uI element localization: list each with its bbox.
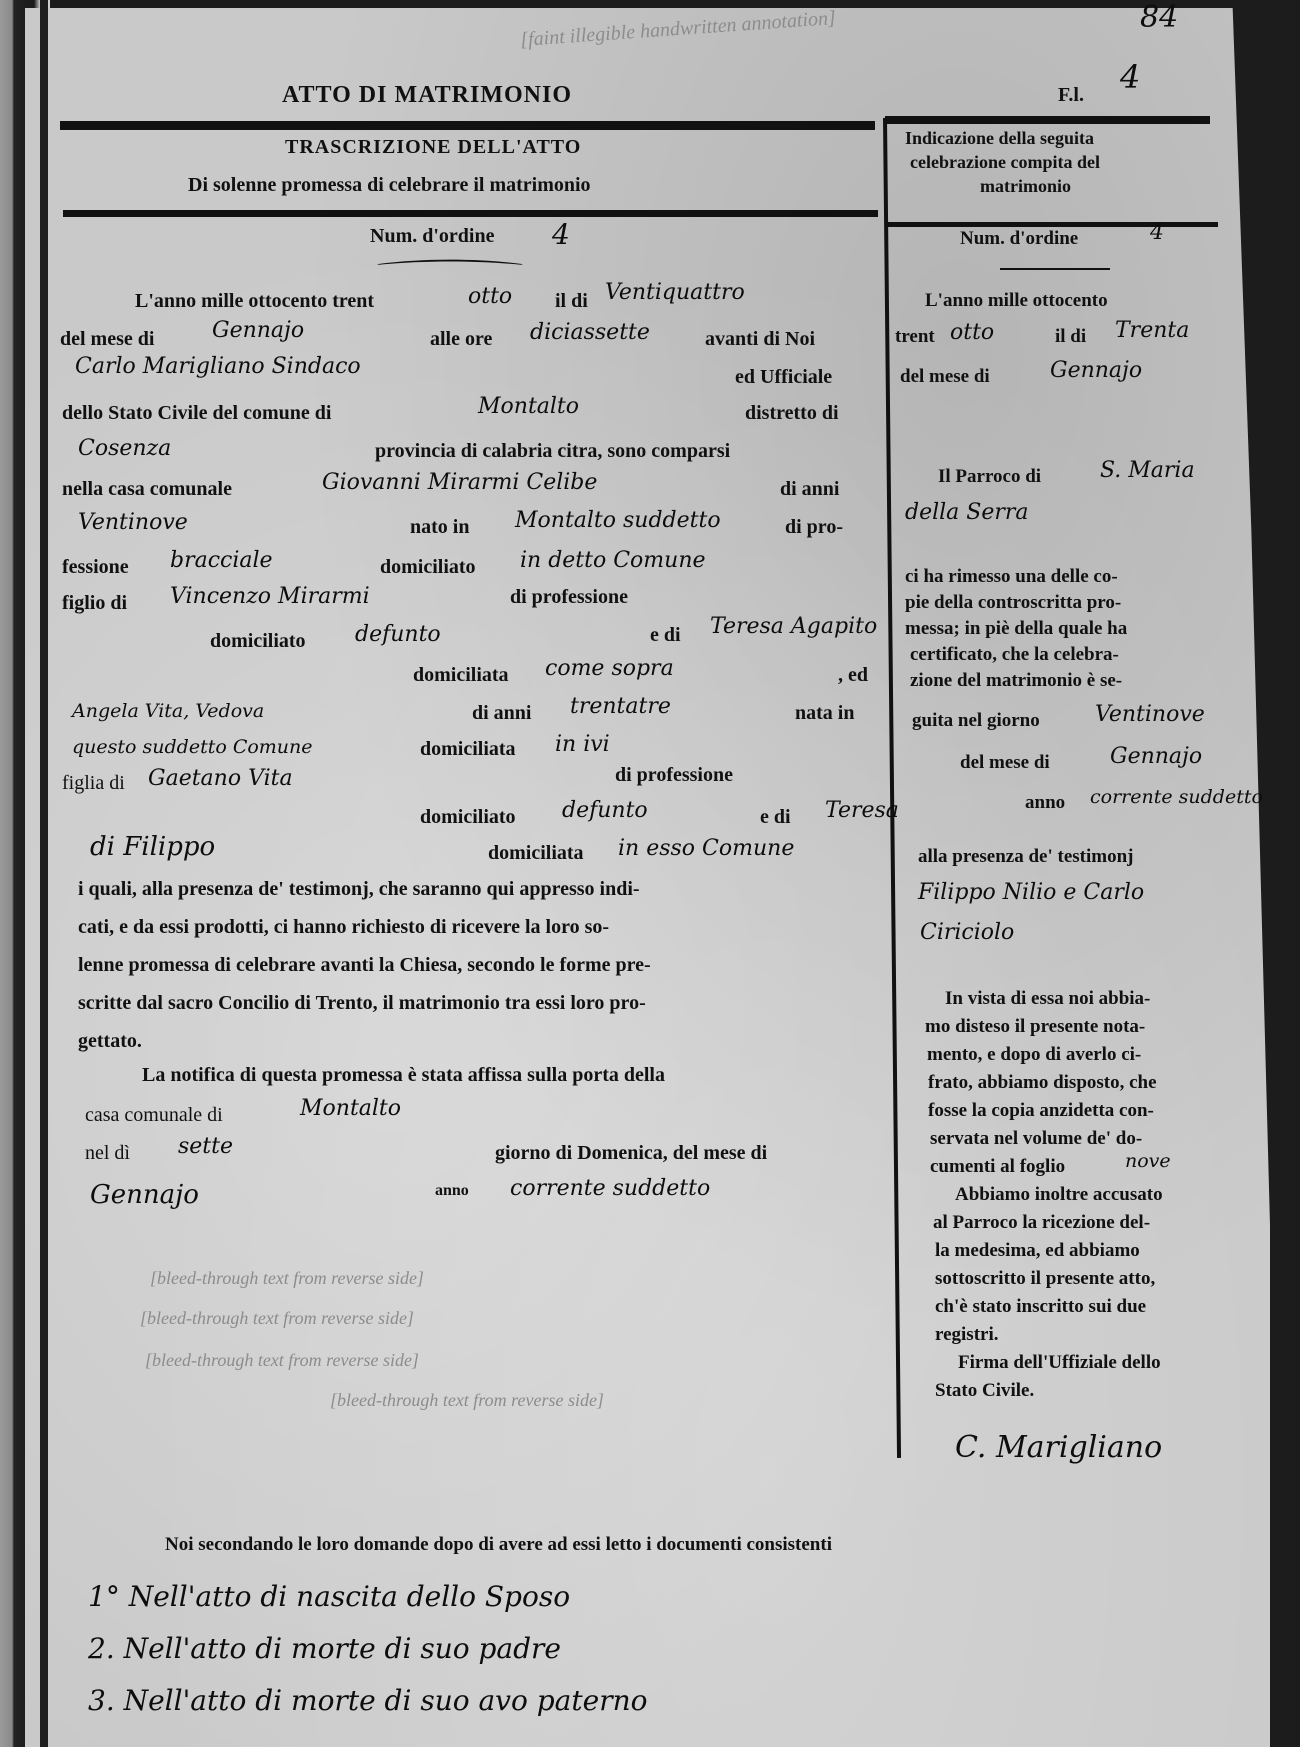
hand-entry: defunto xyxy=(355,622,441,647)
hand-entry: Gennajo xyxy=(212,318,304,343)
text-line: Abbiamo inoltre accusato xyxy=(955,1184,1163,1206)
order-label-right: Num. d'ordine xyxy=(960,228,1078,250)
hand-entry: Ventiquattro xyxy=(605,280,745,305)
text-line: lenne promessa di celebrare avanti la Ch… xyxy=(78,954,651,977)
hand-entry: otto xyxy=(950,320,994,345)
bleed-through-line: [bleed-through text from reverse side] xyxy=(140,1308,414,1329)
text-line: sottoscritto il presente atto, xyxy=(935,1268,1155,1290)
hand-entry: diciassette xyxy=(530,320,650,345)
text-line: messa; in piè della quale ha xyxy=(905,618,1127,640)
text-line: nata in xyxy=(795,702,854,725)
hand-entry: Gaetano Vita xyxy=(148,766,293,791)
text-line: figlio di xyxy=(62,592,127,615)
hand-entry: Carlo Marigliano Sindaco xyxy=(75,354,361,379)
officer-signature: C. Marigliano xyxy=(955,1430,1162,1465)
hand-entry: di Filippo xyxy=(90,832,215,862)
subheader-rule-left xyxy=(63,210,878,217)
hand-entry: Vincenzo Mirarmi xyxy=(170,584,370,609)
left-subheading: Di solenne promessa di celebrare il matr… xyxy=(188,174,591,197)
bleed-through-line: [bleed-through text from reverse side] xyxy=(145,1350,419,1371)
text-line: i quali, alla presenza de' testimonj, ch… xyxy=(78,878,640,901)
text-line: anno xyxy=(435,1182,469,1200)
header-rule-left xyxy=(60,121,875,130)
text-line: La notifica di questa promessa è stata a… xyxy=(142,1064,665,1087)
hand-entry: sette xyxy=(178,1134,233,1159)
hand-entry: Gennajo xyxy=(1050,358,1142,383)
document-item: 3. Nell'atto di morte di suo avo paterno xyxy=(88,1684,647,1717)
text-line: di anni xyxy=(472,702,531,725)
hand-entry: Teresa xyxy=(825,798,899,823)
text-line: ed Ufficiale xyxy=(735,366,832,389)
hand-entry: in esso Comune xyxy=(618,836,794,861)
text-line: pie della controscritta pro- xyxy=(905,592,1121,614)
text-line: registri. xyxy=(935,1324,999,1346)
document-item: 1° Nell'atto di nascita dello Sposo xyxy=(88,1580,570,1613)
text-line: domiciliata xyxy=(420,738,516,761)
right-heading-line: matrimonio xyxy=(980,176,1071,197)
text-line: di pro- xyxy=(785,516,843,539)
hand-entry: Montalto xyxy=(478,394,579,419)
text-line: scritte dal sacro Concilio di Trento, il… xyxy=(78,992,646,1015)
hand-entry: Cosenza xyxy=(78,436,171,461)
folio-label: F.l. xyxy=(1058,84,1084,107)
text-line: domiciliata xyxy=(413,664,509,687)
text-line: Stato Civile. xyxy=(935,1380,1034,1402)
text-line: anno xyxy=(1025,792,1065,814)
text-line: figlia di xyxy=(62,772,125,795)
text-line: ci ha rimesso una delle co- xyxy=(905,566,1118,588)
text-line: al Parroco la ricezione del- xyxy=(933,1212,1150,1234)
hand-entry: Ciriciolo xyxy=(920,920,1014,945)
text-line: distretto di xyxy=(745,402,839,425)
text-line: fessione xyxy=(62,556,129,579)
text-line: il di xyxy=(555,290,588,313)
text-line: domiciliato xyxy=(210,630,306,653)
text-line: del mese di xyxy=(960,752,1050,774)
bleed-through-line: [bleed-through text from reverse side] xyxy=(330,1390,604,1411)
order-number-left: 4 xyxy=(552,218,570,251)
text-line: di professione xyxy=(615,764,733,787)
folio-number: 4 xyxy=(1120,58,1140,96)
text-line: casa comunale di xyxy=(85,1104,223,1127)
page-title: ATTO DI MATRIMONIO xyxy=(282,82,572,109)
text-line: mo disteso il presente nota- xyxy=(925,1016,1145,1038)
text-line: di professione xyxy=(510,586,628,609)
hand-entry: Ventinove xyxy=(1095,702,1205,727)
order-label-left: Num. d'ordine xyxy=(370,225,494,248)
text-line: provincia di calabria citra, sono compar… xyxy=(375,440,730,463)
hand-entry: defunto xyxy=(562,798,648,823)
text-line: nella casa comunale xyxy=(62,478,232,501)
hand-entry: in detto Comune xyxy=(520,548,706,573)
text-line: mento, e dopo di averlo ci- xyxy=(927,1044,1141,1066)
text-line: domiciliata xyxy=(488,842,584,865)
hand-entry: Ventinove xyxy=(78,510,188,535)
text-line: L'anno mille ottocento trent xyxy=(135,290,374,313)
text-line: avanti di Noi xyxy=(705,328,815,351)
hand-entry: Gennajo xyxy=(1110,744,1202,769)
text-line: gettato. xyxy=(78,1030,142,1053)
hand-entry: Teresa Agapito xyxy=(710,614,877,639)
text-line: di anni xyxy=(780,478,839,501)
right-heading-line: Indicazione della seguita xyxy=(905,128,1094,149)
text-line: frato, abbiamo disposto, che xyxy=(928,1072,1157,1094)
hand-entry: Angela Vita, Vedova xyxy=(72,700,264,722)
hand-entry: otto xyxy=(468,284,512,309)
text-line: cati, e da essi prodotti, ci hanno richi… xyxy=(78,916,609,939)
hand-entry: Gennajo xyxy=(90,1180,199,1210)
text-line: certificato, che la celebra- xyxy=(910,644,1119,666)
text-line: , ed xyxy=(838,664,868,687)
text-line: nato in xyxy=(410,516,469,539)
hand-entry: trentatre xyxy=(570,694,671,719)
text-line: del mese di xyxy=(60,328,154,351)
bleed-through-line: [bleed-through text from reverse side] xyxy=(150,1268,424,1289)
text-line: cumenti al foglio xyxy=(930,1156,1065,1178)
right-heading-line: celebrazione compita del xyxy=(910,152,1100,173)
hand-entry: come sopra xyxy=(545,656,674,681)
text-line: domiciliato xyxy=(420,806,516,829)
hand-entry: in ivi xyxy=(555,732,610,757)
left-margin-rule xyxy=(40,0,48,1747)
text-line: nel dì xyxy=(85,1142,130,1165)
text-line: zione del matrimonio è se- xyxy=(910,670,1122,692)
order-underline xyxy=(1000,268,1110,270)
hand-entry: nove xyxy=(1125,1150,1171,1172)
hand-entry: bracciale xyxy=(170,548,273,573)
hand-entry: corrente suddetto xyxy=(510,1176,710,1201)
text-line: la medesima, ed abbiamo xyxy=(935,1240,1140,1262)
hand-entry: Trenta xyxy=(1115,318,1189,343)
hand-entry: Montalto xyxy=(300,1096,401,1121)
hand-entry: questo suddetto Comune xyxy=(72,736,313,758)
text-line: dello Stato Civile del comune di xyxy=(62,402,331,425)
hand-entry: della Serra xyxy=(905,500,1029,525)
hand-entry: corrente suddetto xyxy=(1090,786,1263,808)
text-line: domiciliato xyxy=(380,556,476,579)
left-heading: TRASCRIZIONE DELL'ATTO xyxy=(285,136,581,159)
text-line: e di xyxy=(760,806,791,829)
text-line: Firma dell'Uffiziale dello xyxy=(958,1352,1161,1374)
text-line: guita nel giorno xyxy=(912,710,1040,732)
text-line: alle ore xyxy=(430,328,492,351)
subheader-rule-right xyxy=(888,222,1218,227)
hand-entry: Montalto suddetto xyxy=(515,508,721,533)
text-line: giorno di Domenica, del mese di xyxy=(495,1142,767,1165)
text-line: e di xyxy=(650,624,681,647)
text-line: trent xyxy=(895,326,935,348)
hand-entry: Giovanni Mirarmi Celibe xyxy=(322,470,597,495)
text-line: L'anno mille ottocento xyxy=(925,290,1108,312)
corner-page-number: 84 xyxy=(1140,0,1178,35)
order-number-right: 4 xyxy=(1150,220,1164,245)
text-line: In vista di essa noi abbia- xyxy=(945,988,1150,1010)
text-line: fosse la copia anzidetta con- xyxy=(928,1100,1154,1122)
text-line: ch'è stato inscritto sui due xyxy=(935,1296,1146,1318)
header-rule-right xyxy=(885,116,1210,124)
document-item: 2. Nell'atto di morte di suo padre xyxy=(88,1632,561,1665)
text-line: Il Parroco di xyxy=(938,466,1041,488)
hand-entry: S. Maria xyxy=(1100,458,1195,483)
text-line: alla presenza de' testimonj xyxy=(918,846,1134,868)
documents-intro: Noi secondando le loro domande dopo di a… xyxy=(165,1534,832,1556)
text-line: il di xyxy=(1055,326,1086,348)
hand-entry: Filippo Nilio e Carlo xyxy=(918,880,1144,905)
text-line: servata nel volume de' do- xyxy=(930,1128,1142,1150)
text-line: del mese di xyxy=(900,366,990,388)
